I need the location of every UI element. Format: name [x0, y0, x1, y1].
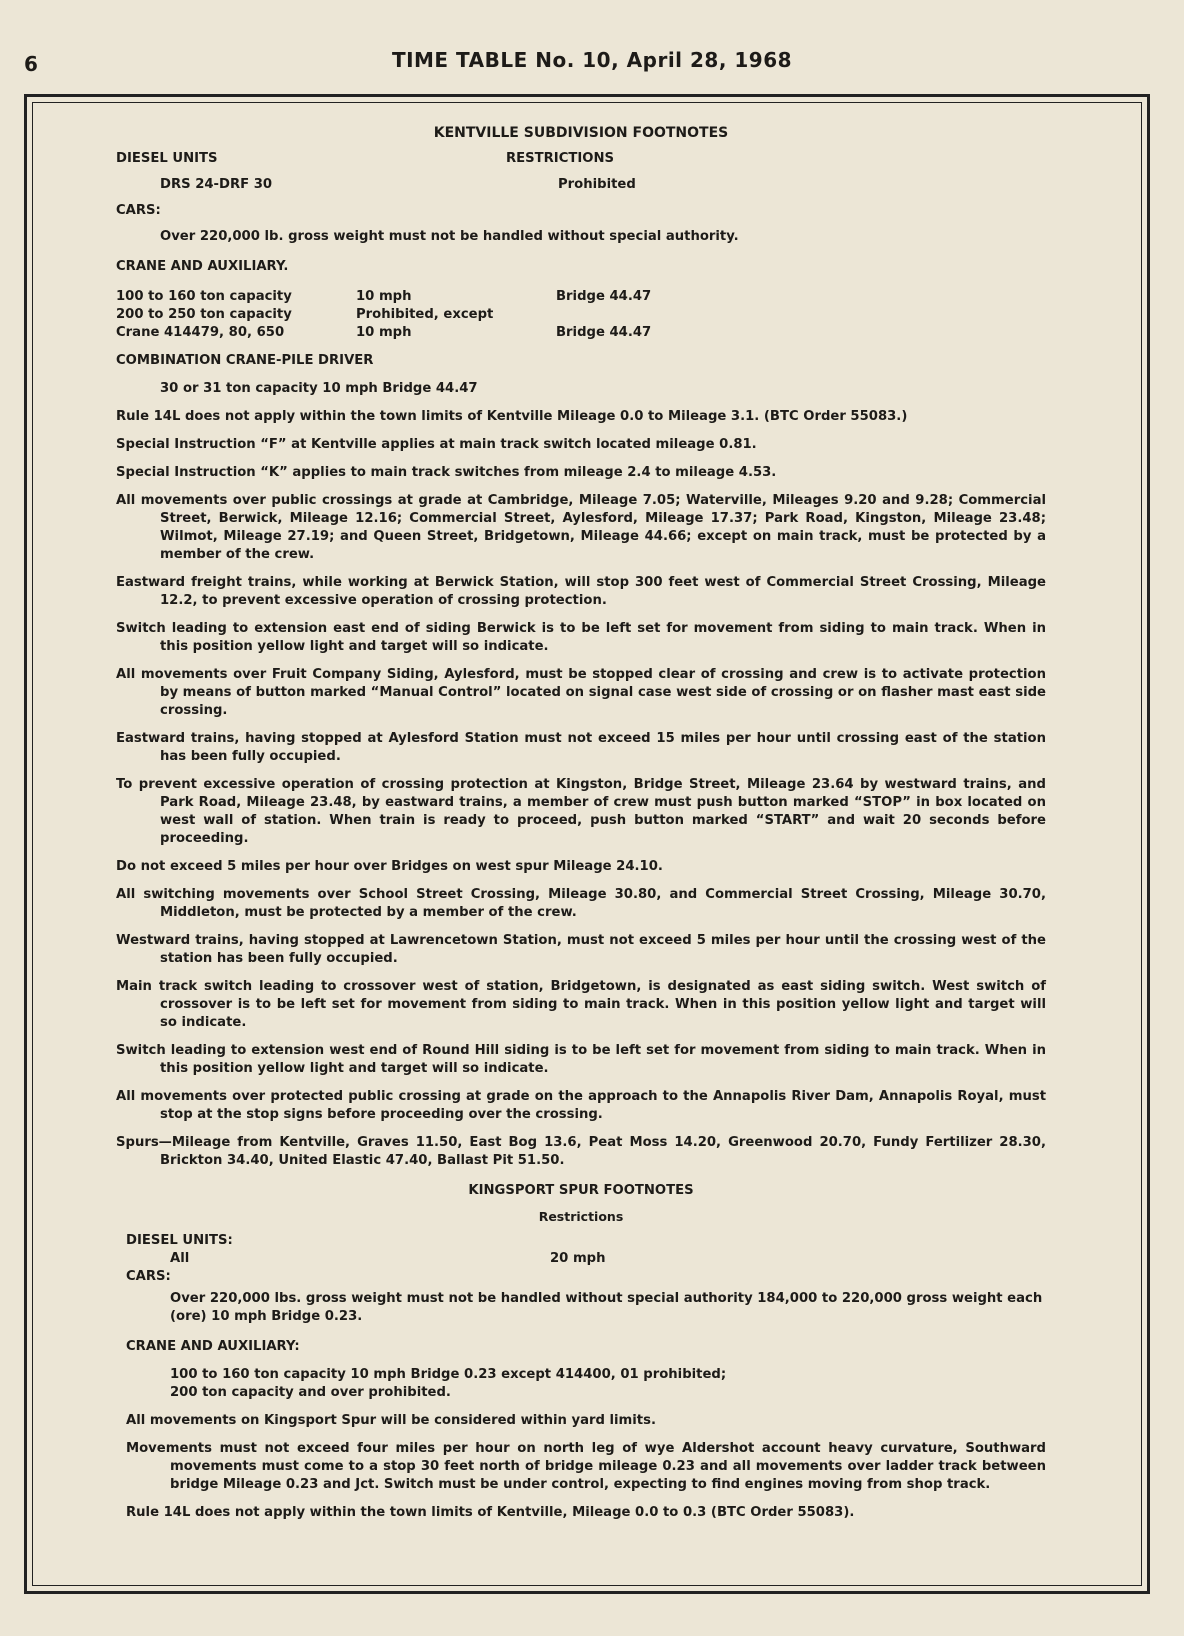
kingsport-cars-text: Over 220,000 lbs. gross weight must not … [126, 1290, 1046, 1326]
crane-label: CRANE AND AUXILIARY. [116, 258, 1046, 276]
cars-label: CARS: [116, 202, 1046, 220]
kingsport-title: KINGSPORT SPUR FOOTNOTES [116, 1182, 1046, 1200]
kingsport-diesel-unit: All [126, 1250, 550, 1268]
crane-row: 100 to 160 ton capacity 10 mph Bridge 44… [116, 288, 1046, 306]
kingsport-paragraph: All movements on Kingsport Spur will be … [126, 1412, 1046, 1430]
kingsport-crane-label: CRANE AND AUXILIARY: [126, 1338, 1046, 1356]
footnote-paragraph: All movements over protected public cros… [116, 1088, 1046, 1124]
kingsport-paragraph: Movements must not exceed four miles per… [126, 1440, 1046, 1494]
page-header: TIME TABLE No. 10, April 28, 1968 [0, 48, 1184, 72]
crane-table: 100 to 160 ton capacity 10 mph Bridge 44… [116, 288, 1046, 342]
diesel-unit: DRS 24-DRF 30 [116, 176, 550, 194]
crane-row: 200 to 250 ton capacity Prohibited, exce… [116, 306, 1046, 324]
footnote-paragraph: Special Instruction “K” applies to main … [116, 464, 1046, 482]
footnote-paragraph: Switch leading to extension west end of … [116, 1042, 1046, 1078]
restrictions-label: RESTRICTIONS [506, 150, 614, 168]
kingsport-diesel-restriction: 20 mph [550, 1250, 606, 1268]
diesel-units-label: DIESEL UNITS [116, 150, 506, 168]
footnote-paragraph: Eastward freight trains, while working a… [116, 574, 1046, 610]
pile-driver-text: 30 or 31 ton capacity 10 mph Bridge 44.4… [116, 380, 1046, 398]
kingsport-cars-label: CARS: [126, 1268, 1046, 1286]
footnote-paragraph: Switch leading to extension east end of … [116, 620, 1046, 656]
kentville-title: KENTVILLE SUBDIVISION FOOTNOTES [116, 124, 1046, 142]
pile-driver-label: COMBINATION CRANE-PILE DRIVER [116, 352, 1046, 370]
footnote-paragraph: Main track switch leading to crossover w… [116, 978, 1046, 1032]
footnote-paragraph: Do not exceed 5 miles per hour over Brid… [116, 858, 1046, 876]
kentville-paragraphs: Rule 14L does not apply within the town … [116, 408, 1046, 1170]
footnote-paragraph: Westward trains, having stopped at Lawre… [116, 932, 1046, 968]
footnotes-content: KENTVILLE SUBDIVISION FOOTNOTES DIESEL U… [116, 124, 1046, 1522]
footnote-paragraph: Eastward trains, having stopped at Ayles… [116, 730, 1046, 766]
footnote-paragraph: All movements over Fruit Company Siding,… [116, 666, 1046, 720]
kingsport-crane-text-2: 200 ton capacity and over prohibited. [126, 1384, 1046, 1402]
footnote-paragraph: Spurs—Mileage from Kentville, Graves 11.… [116, 1134, 1046, 1170]
kingsport-diesel-block: DIESEL UNITS: All 20 mph CARS: Over 220,… [116, 1232, 1046, 1522]
diesel-restriction: Prohibited [550, 176, 636, 194]
kingsport-diesel-units-label: DIESEL UNITS: [126, 1232, 1046, 1250]
kingsport-crane-text-1: 100 to 160 ton capacity 10 mph Bridge 0.… [126, 1366, 1046, 1384]
footnote-paragraph: All movements over public crossings at g… [116, 492, 1046, 564]
footnote-paragraph: To prevent excessive operation of crossi… [116, 776, 1046, 848]
crane-row: Crane 414479, 80, 650 10 mph Bridge 44.4… [116, 324, 1046, 342]
kingsport-restrictions-label: Restrictions [116, 1208, 1046, 1226]
footnote-paragraph: All switching movements over School Stre… [116, 886, 1046, 922]
footnote-paragraph: Special Instruction “F” at Kentville app… [116, 436, 1046, 454]
kingsport-paragraph: Rule 14L does not apply within the town … [126, 1504, 1046, 1522]
cars-text: Over 220,000 lb. gross weight must not b… [116, 228, 1046, 246]
footnote-paragraph: Rule 14L does not apply within the town … [116, 408, 1046, 426]
